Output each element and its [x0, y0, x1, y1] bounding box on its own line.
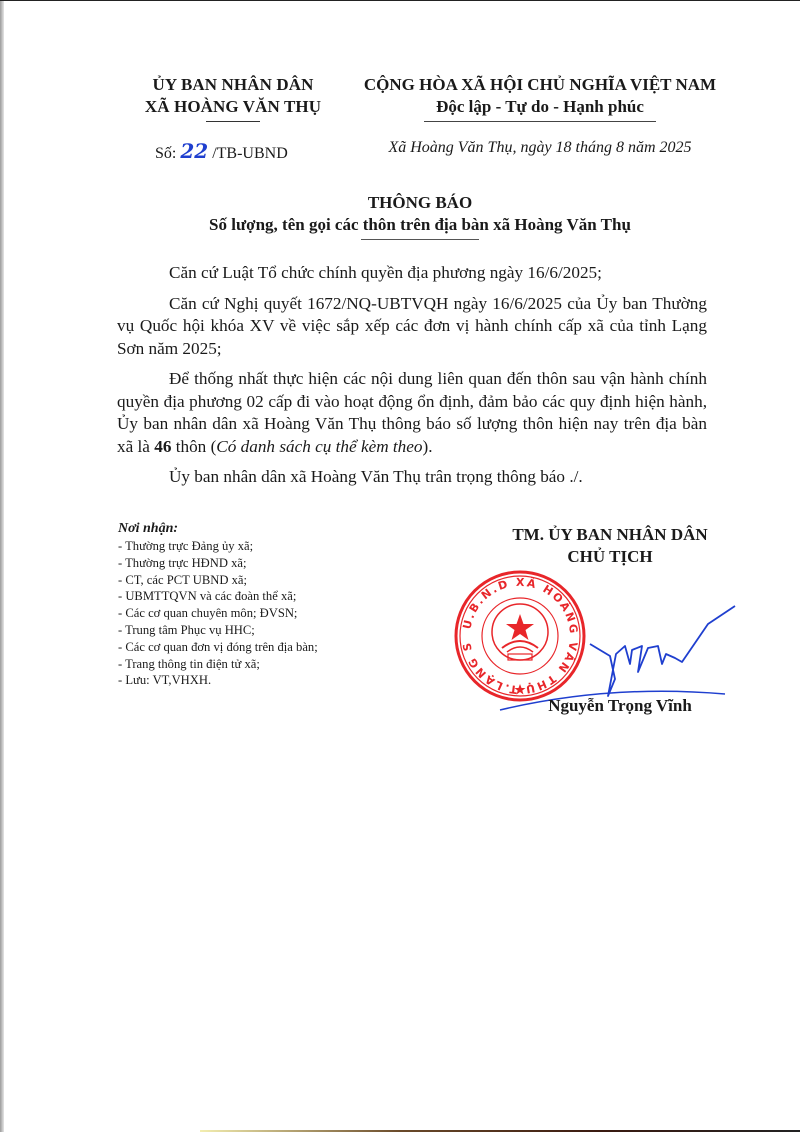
recipient-item: - Trang thông tin điện tử xã; — [118, 656, 418, 673]
document-body: Căn cứ Luật Tổ chức chính quyền địa phươ… — [117, 262, 707, 497]
document-subtitle: Số lượng, tên gọi các thôn trên địa bàn … — [120, 214, 720, 236]
country-name: CỘNG HÒA XÃ HỘI CHỦ NGHĨA VIỆT NAM — [350, 74, 730, 96]
issuer-underline — [206, 121, 260, 122]
issuer-line-2: XÃ HOÀNG VĂN THỤ — [108, 96, 358, 118]
scan-edge-top — [0, 0, 800, 1]
number-suffix: /TB-UBND — [212, 145, 288, 162]
recipient-item: - Thường trực Đảng ủy xã; — [118, 538, 418, 555]
recipient-item: - Các cơ quan đơn vị đóng trên địa bàn; — [118, 639, 418, 656]
issuer-line-1: ỦY BAN NHÂN DÂN — [108, 74, 358, 96]
document-number: Số:22/TB-UBND — [155, 139, 288, 163]
motto-underline — [424, 121, 656, 122]
place-date: Xã Hoàng Văn Thụ, ngày 18 tháng 8 năm 20… — [350, 139, 730, 157]
on-behalf-label: TM. ỦY BAN NHÂN DÂN — [480, 524, 740, 546]
recipients-block: Nơi nhận: - Thường trực Đảng ủy xã; - Th… — [118, 520, 418, 689]
recipient-item: - Các cơ quan chuyên môn; ĐVSN; — [118, 605, 418, 622]
paragraph-legal-basis-2: Căn cứ Nghị quyết 1672/NQ-UBTVQH ngày 16… — [117, 293, 707, 361]
recipients-heading: Nơi nhận: — [118, 520, 418, 538]
paragraph-announcement: Để thống nhất thực hiện các nội dung liê… — [117, 368, 707, 458]
attachment-note: Có danh sách cụ thể kèm theo — [216, 437, 422, 456]
paragraph-legal-basis-1: Căn cứ Luật Tổ chức chính quyền địa phươ… — [117, 262, 707, 285]
village-count: 46 — [154, 437, 171, 456]
signer-position: CHỦ TỊCH — [480, 546, 740, 568]
paragraph-closing: Ủy ban nhân dân xã Hoàng Văn Thụ trân tr… — [117, 466, 707, 489]
announcement-text-mid: thôn ( — [171, 437, 216, 456]
national-header: CỘNG HÒA XÃ HỘI CHỦ NGHĨA VIỆT NAM Độc l… — [350, 74, 730, 122]
announcement-text-end: ). — [423, 437, 433, 456]
national-motto: Độc lập - Tự do - Hạnh phúc — [350, 96, 730, 118]
title-underline — [361, 239, 479, 240]
recipient-item: - Thường trực HĐND xã; — [118, 555, 418, 572]
issuer-header: ỦY BAN NHÂN DÂN XÃ HOÀNG VĂN THỤ — [108, 74, 358, 122]
recipient-item: - Lưu: VT,VHXH. — [118, 672, 418, 689]
scan-edge-left — [0, 0, 4, 1132]
handwritten-number: 22 — [180, 139, 208, 163]
recipients-list: - Thường trực Đảng ủy xã; - Thường trực … — [118, 538, 418, 689]
recipient-item: - UBMTTQVN và các đoàn thể xã; — [118, 588, 418, 605]
number-prefix: Số: — [155, 145, 176, 162]
document-title: THÔNG BÁO — [120, 192, 720, 214]
recipient-item: - Trung tâm Phục vụ HHC; — [118, 622, 418, 639]
title-block: THÔNG BÁO Số lượng, tên gọi các thôn trê… — [120, 192, 720, 240]
recipient-item: - CT, các PCT UBND xã; — [118, 572, 418, 589]
signer-name: Nguyễn Trọng Vĩnh — [520, 696, 720, 716]
